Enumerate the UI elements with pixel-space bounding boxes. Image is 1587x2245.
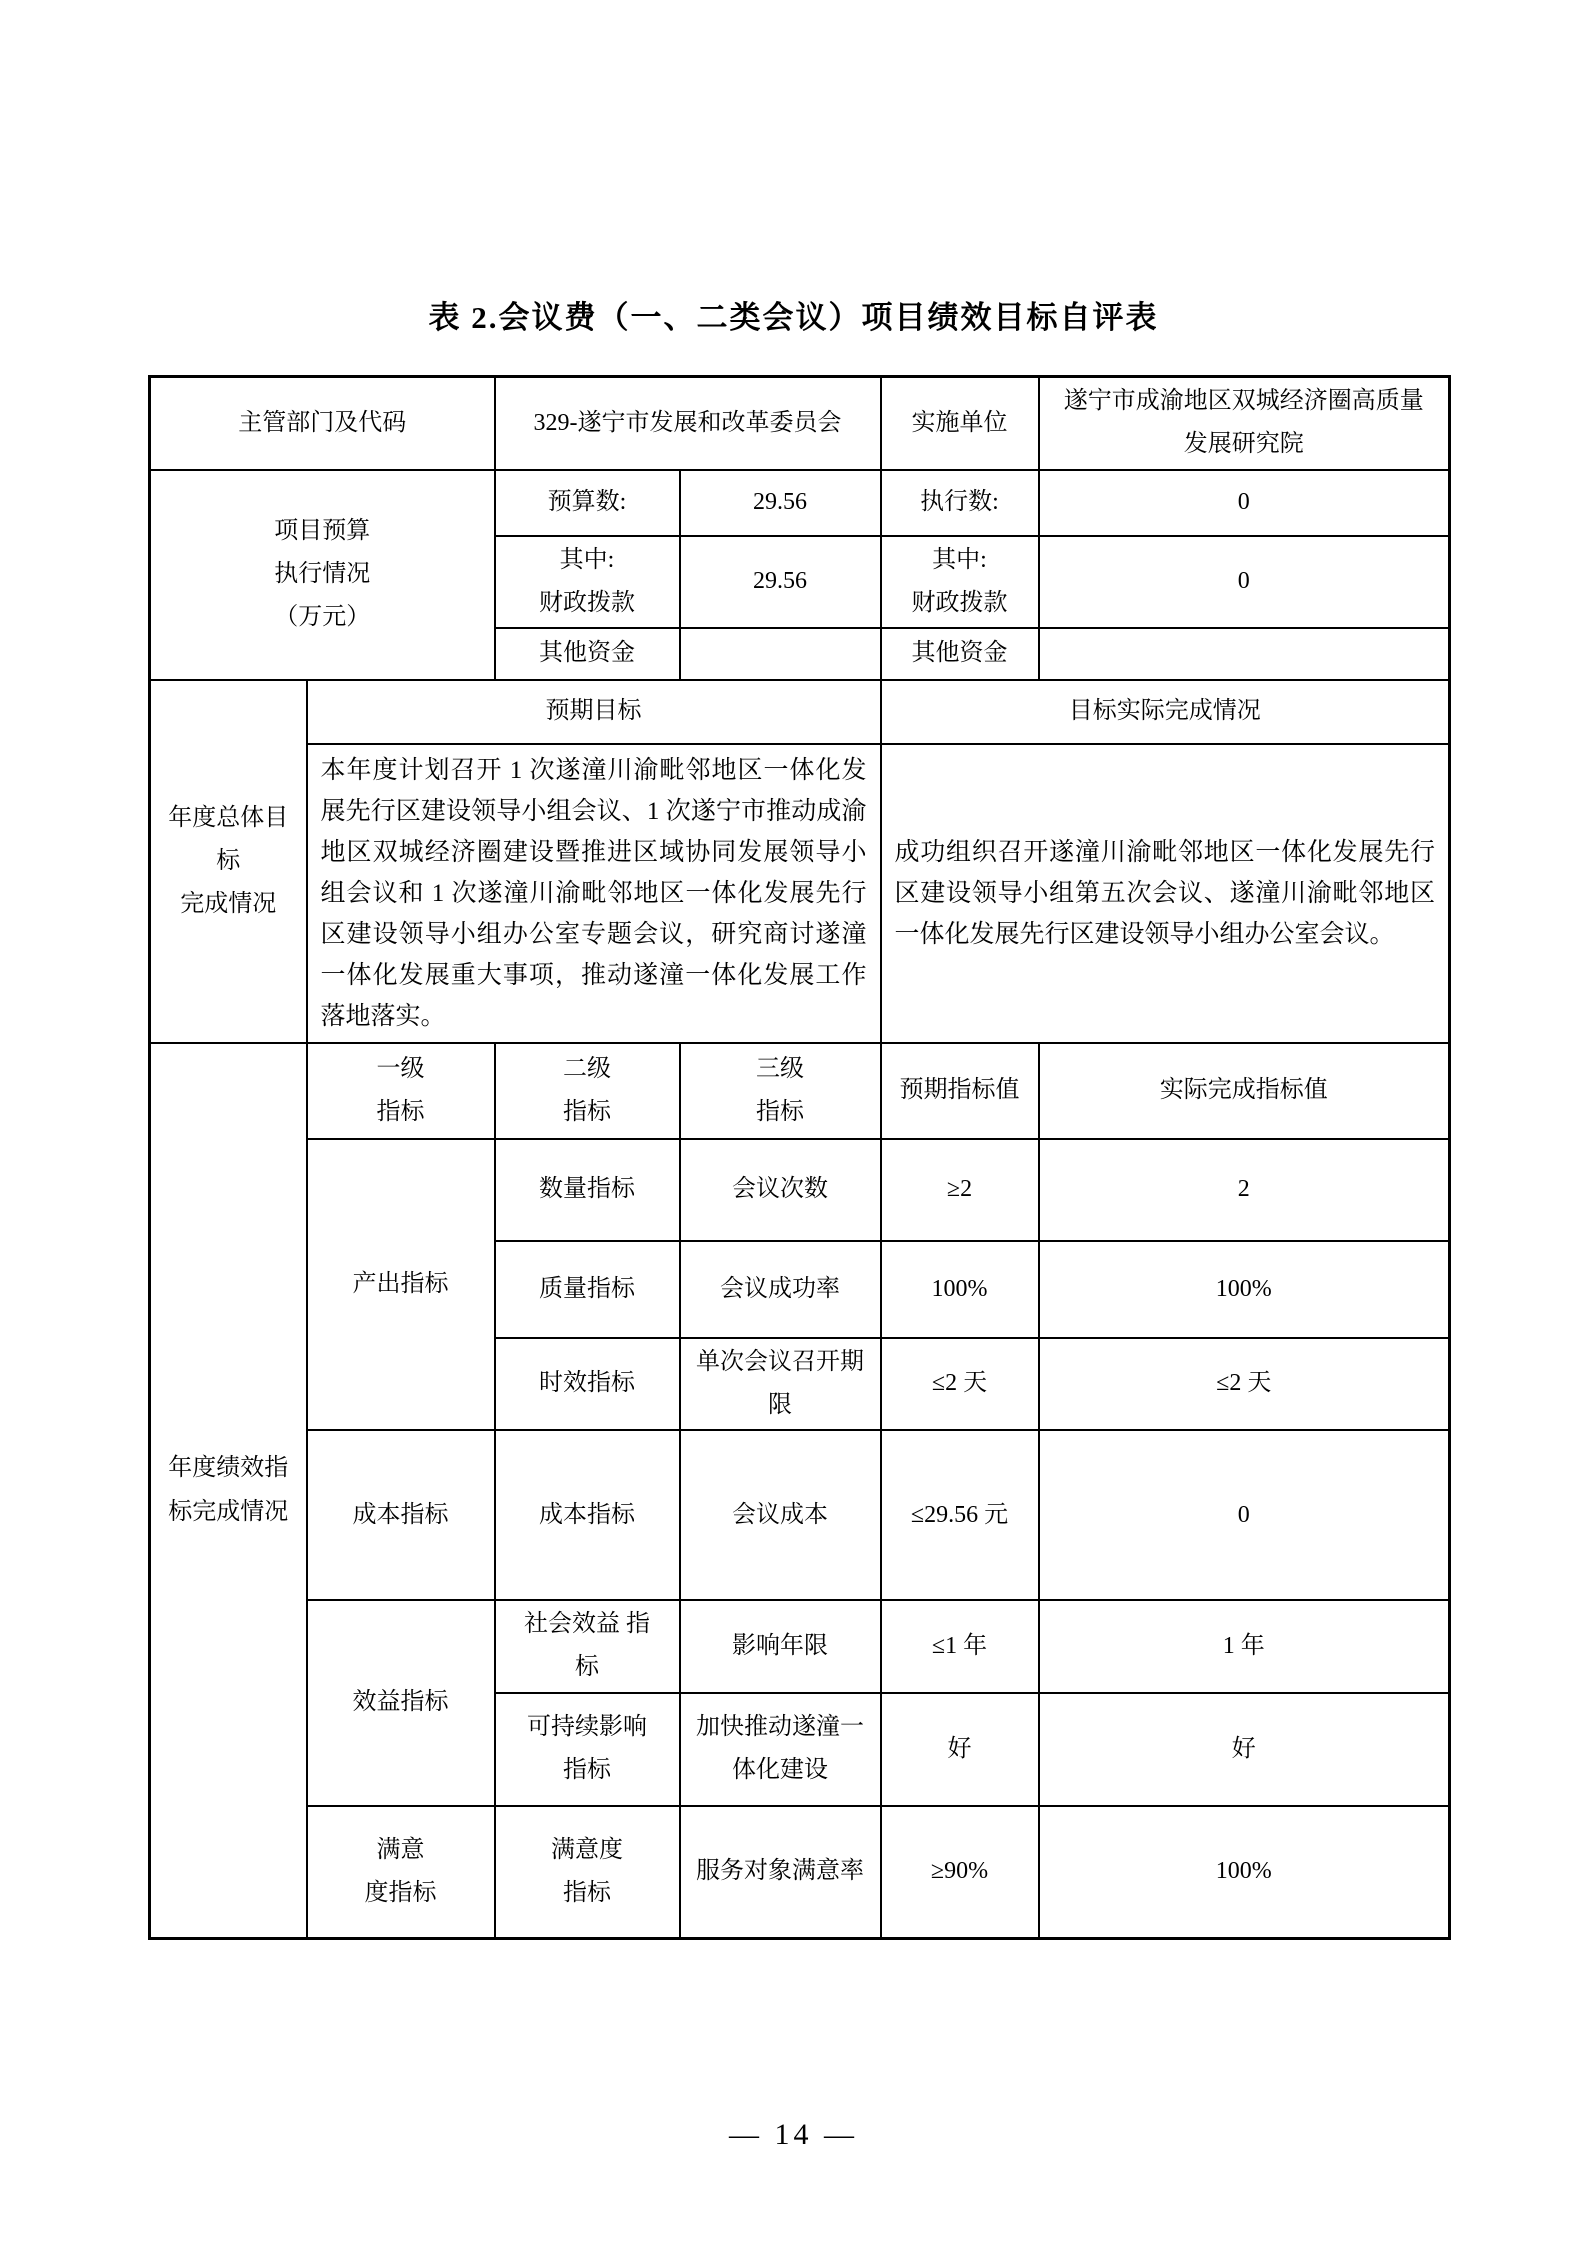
table-row: 主管部门及代码 329-遂宁市发展和改革委员会 实施单位 遂宁市成渝地区双城经济… (150, 377, 1450, 470)
actual-goal-header: 目标实际完成情况 (881, 680, 1450, 744)
indicator-level2-cell: 满意度 指标 (495, 1806, 680, 1939)
indicator-level1-cell: 效益指标 (307, 1600, 495, 1805)
other-funds-label-right: 其他资金 (881, 628, 1039, 680)
execution-number-value: 0 (1039, 470, 1450, 536)
indicators-section-label: 年度绩效指 标完成情况 (150, 1043, 307, 1939)
other-funds-label-left: 其他资金 (495, 628, 680, 680)
indicator-expected-cell: ≥90% (881, 1806, 1039, 1939)
table-row: 成本指标 成本指标 会议成本 ≤29.56 元 0 (150, 1430, 1450, 1600)
actual-goal-text: 成功组织召开遂潼川渝毗邻地区一体化发展先行区建设领导小组第五次会议、遂潼川渝毗邻… (881, 744, 1450, 1043)
table-row: 年度绩效指 标完成情况 一级 指标 二级 指标 三级 指标 预期指标值 实际完成… (150, 1043, 1450, 1139)
indicator-actual-cell: 100% (1039, 1806, 1450, 1939)
table-row: 年度总体目 标 完成情况 预期目标 目标实际完成情况 (150, 680, 1450, 744)
annual-goal-section-label: 年度总体目 标 完成情况 (150, 680, 307, 1043)
indicator-level2-cell: 可持续影响 指标 (495, 1693, 680, 1806)
indicator-expected-cell: 好 (881, 1693, 1039, 1806)
execution-number-label: 执行数: (881, 470, 1039, 536)
indicator-expected-cell: ≤29.56 元 (881, 1430, 1039, 1600)
indicator-actual-cell: 100% (1039, 1241, 1450, 1338)
indicator-level1-cell: 满意 度指标 (307, 1806, 495, 1939)
indicator-level3-cell: 会议成本 (680, 1430, 881, 1600)
other-funds-value-left (680, 628, 881, 680)
page-number: — 14 — (0, 2118, 1587, 2152)
indicator-expected-cell: ≥2 (881, 1139, 1039, 1241)
table-row: 产出指标 数量指标 会议次数 ≥2 2 (150, 1139, 1450, 1241)
level3-indicator-header: 三级 指标 (680, 1043, 881, 1139)
indicator-actual-cell: 好 (1039, 1693, 1450, 1806)
indicator-level2-cell: 时效指标 (495, 1338, 680, 1430)
implementing-unit-value: 遂宁市成渝地区双城经济圈高质量 发展研究院 (1039, 377, 1450, 470)
indicator-level1-cell: 产出指标 (307, 1139, 495, 1430)
page-title: 表 2.会议费（一、二类会议）项目绩效目标自评表 (0, 292, 1587, 337)
indicator-level3-cell: 加快推动遂潼一 体化建设 (680, 1693, 881, 1806)
indicator-level3-cell: 服务对象满意率 (680, 1806, 881, 1939)
other-funds-value-right (1039, 628, 1450, 680)
fiscal-allocation-label-left: 其中: 财政拨款 (495, 536, 680, 628)
fiscal-allocation-value-right: 0 (1039, 536, 1450, 628)
fiscal-allocation-value-left: 29.56 (680, 536, 881, 628)
table-row: 效益指标 社会效益 指 标 影响年限 ≤1 年 1 年 (150, 1600, 1450, 1692)
indicator-actual-cell: 2 (1039, 1139, 1450, 1241)
indicator-expected-cell: 100% (881, 1241, 1039, 1338)
level1-indicator-header: 一级 指标 (307, 1043, 495, 1139)
indicator-actual-cell: 0 (1039, 1430, 1450, 1600)
indicator-level2-cell: 质量指标 (495, 1241, 680, 1338)
budget-section-label: 项目预算 执行情况 （万元） (150, 470, 495, 680)
indicator-level2-cell: 数量指标 (495, 1139, 680, 1241)
indicator-level3-cell: 影响年限 (680, 1600, 881, 1692)
dept-code-label: 主管部门及代码 (150, 377, 495, 470)
indicator-actual-cell: ≤2 天 (1039, 1338, 1450, 1430)
budget-number-value: 29.56 (680, 470, 881, 536)
implementing-unit-label: 实施单位 (881, 377, 1039, 470)
dept-code-value: 329-遂宁市发展和改革委员会 (495, 377, 881, 470)
indicator-level3-cell: 会议成功率 (680, 1241, 881, 1338)
table-row: 满意 度指标 满意度 指标 服务对象满意率 ≥90% 100% (150, 1806, 1450, 1939)
indicator-level1-cell: 成本指标 (307, 1430, 495, 1600)
performance-evaluation-table: 主管部门及代码 329-遂宁市发展和改革委员会 实施单位 遂宁市成渝地区双城经济… (148, 375, 1451, 1940)
indicator-expected-cell: ≤2 天 (881, 1338, 1039, 1430)
expected-goal-text: 本年度计划召开 1 次遂潼川渝毗邻地区一体化发展先行区建设领导小组会议、1 次遂… (307, 744, 881, 1043)
level2-indicator-header: 二级 指标 (495, 1043, 680, 1139)
budget-number-label: 预算数: (495, 470, 680, 536)
table-row: 本年度计划召开 1 次遂潼川渝毗邻地区一体化发展先行区建设领导小组会议、1 次遂… (150, 744, 1450, 1043)
indicator-level3-cell: 会议次数 (680, 1139, 881, 1241)
actual-value-header: 实际完成指标值 (1039, 1043, 1450, 1139)
table-row: 项目预算 执行情况 （万元） 预算数: 29.56 执行数: 0 (150, 470, 1450, 536)
indicator-expected-cell: ≤1 年 (881, 1600, 1039, 1692)
fiscal-allocation-label-right: 其中: 财政拨款 (881, 536, 1039, 628)
indicator-actual-cell: 1 年 (1039, 1600, 1450, 1692)
expected-goal-header: 预期目标 (307, 680, 881, 744)
indicator-level2-cell: 成本指标 (495, 1430, 680, 1600)
expected-value-header: 预期指标值 (881, 1043, 1039, 1139)
indicator-level2-cell: 社会效益 指 标 (495, 1600, 680, 1692)
indicator-level3-cell: 单次会议召开期 限 (680, 1338, 881, 1430)
